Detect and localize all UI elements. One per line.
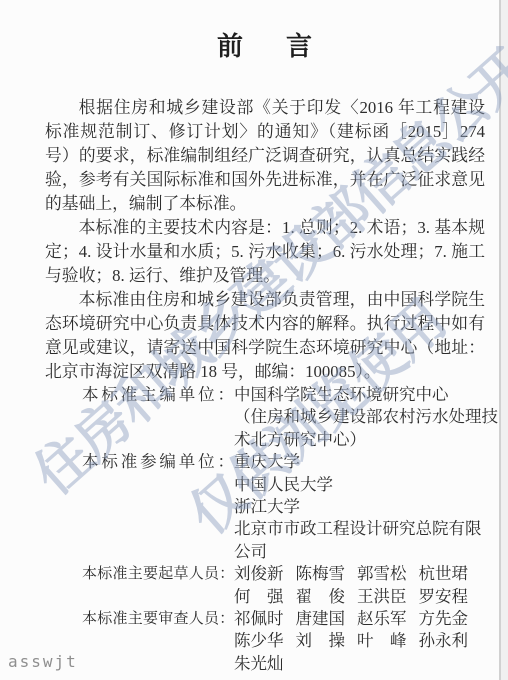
person-name: 郭雪松: [357, 563, 407, 585]
paragraph-basis: 根据住房和城乡建设部《关于印发〈2016 年工程建设标准规范制订、修订计划〉的通…: [45, 96, 485, 216]
participating-units-entry: 本标准参编单位： 重庆大学 中国人民大学 浙江大学 北京市市政工程设计研究总院有…: [45, 451, 485, 563]
credits-section: 本标准主编单位： 中国科学院生态环境研究中心 （住房和城乡建设部农村污水处理技 …: [45, 384, 485, 675]
unit-line: 浙江大学: [234, 496, 485, 518]
participating-units-values: 重庆大学 中国人民大学 浙江大学 北京市市政工程设计研究总院有限 公司: [234, 451, 485, 563]
title-char: 言: [286, 32, 313, 62]
person-name: 祁佩时: [234, 608, 284, 630]
participating-units-label: 本标准参编单位：: [82, 451, 234, 473]
unit-line: 重庆大学: [234, 451, 485, 473]
unit-line: 中国人民大学: [234, 474, 485, 496]
person-name: 唐建国: [296, 608, 346, 630]
person-name: 陈梅雪: [296, 563, 346, 585]
scan-corner-tag: asswjt: [8, 652, 78, 671]
unit-line: 公司: [234, 541, 485, 563]
person-name: 杭世珺: [419, 563, 469, 585]
names-row: 朱光灿: [234, 653, 485, 675]
names-row: 祁佩时 唐建国 赵乐军 方先金: [234, 608, 485, 630]
reviewers-values: 祁佩时 唐建国 赵乐军 方先金 陈少华 刘 操 叶 峰 孙永利 朱光灿: [234, 608, 485, 675]
unit-line: 中国科学院生态环境研究中心: [234, 384, 485, 406]
scan-edge-strip: [501, 0, 508, 680]
person-name: 方先金: [419, 608, 469, 630]
names-row: 何 强 翟 俊 王洪臣 罗安程: [234, 586, 485, 608]
names-row: 刘俊新 陈梅雪 郭雪松 杭世珺: [234, 563, 485, 585]
scan-edge-line: [499, 0, 501, 680]
unit-line: 北京市市政工程设计研究总院有限: [234, 518, 485, 540]
chief-editing-unit-values: 中国科学院生态环境研究中心 （住房和城乡建设部农村污水处理技 术北方研究中心）: [234, 384, 485, 451]
reviewers-entry: 本标准主要审查人员： 祁佩时 唐建国 赵乐军 方先金 陈少华 刘 操 叶 峰 孙…: [45, 608, 485, 675]
person-name: 何 强: [234, 586, 284, 608]
drafters-label: 本标准主要起草人员：: [82, 563, 234, 585]
title-char: 前: [217, 32, 244, 62]
paragraph-contents: 本标准的主要技术内容是：1. 总则；2. 术语；3. 基本规定；4. 设计水量和…: [45, 216, 485, 288]
person-name: 刘俊新: [234, 563, 284, 585]
person-name: 陈少华: [234, 630, 284, 652]
unit-line: （住房和城乡建设部农村污水处理技: [234, 406, 485, 428]
person-name: 翟 俊: [296, 586, 346, 608]
document-page: 前 言 根据住房和城乡建设部《关于印发〈2016 年工程建设标准规范制订、修订计…: [0, 0, 508, 680]
chief-editing-unit-label: 本标准主编单位：: [82, 384, 234, 406]
drafters-entry: 本标准主要起草人员： 刘俊新 陈梅雪 郭雪松 杭世珺 何 强 翟 俊 王洪臣 罗…: [45, 563, 485, 608]
person-name: 王洪臣: [357, 586, 407, 608]
drafters-values: 刘俊新 陈梅雪 郭雪松 杭世珺 何 强 翟 俊 王洪臣 罗安程: [234, 563, 485, 608]
person-name: 刘 操: [296, 630, 346, 652]
person-name: 朱光灿: [234, 653, 284, 675]
paragraph-management: 本标准由住房和城乡建设部负责管理，由中国科学院生态环境研究中心负责具体技术内容的…: [45, 288, 485, 384]
page-title: 前 言: [45, 32, 485, 62]
chief-editing-unit-entry: 本标准主编单位： 中国科学院生态环境研究中心 （住房和城乡建设部农村污水处理技 …: [45, 384, 485, 451]
person-name: 孙永利: [419, 630, 469, 652]
person-name: 叶 峰: [357, 630, 407, 652]
reviewers-label: 本标准主要审查人员：: [82, 608, 234, 630]
person-name: 赵乐军: [357, 608, 407, 630]
preface-content: 前 言 根据住房和城乡建设部《关于印发〈2016 年工程建设标准规范制订、修订计…: [45, 0, 485, 675]
person-name: 罗安程: [419, 586, 469, 608]
unit-line: 术北方研究中心）: [234, 429, 485, 451]
names-row: 陈少华 刘 操 叶 峰 孙永利: [234, 630, 485, 652]
